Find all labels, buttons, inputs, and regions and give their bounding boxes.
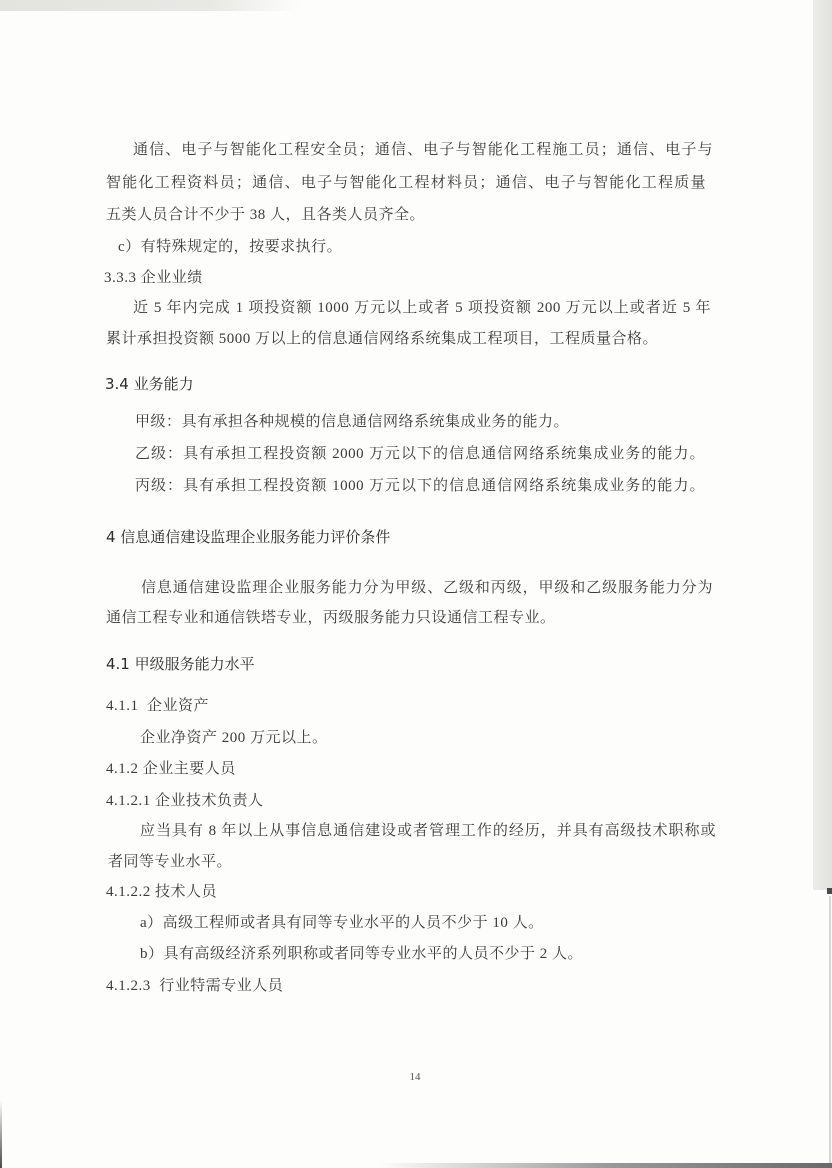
paragraph-line: 应当具有 8 年以上从事信息通信建设或者管理工作的经历，并具有高级技术职称或	[140, 821, 716, 841]
list-item: 丙级：具有承担工程投资额 1000 万元以下的信息通信网络系统集成业务的能力。	[135, 476, 705, 496]
section-heading-4-1-2: 4.1.2 企业主要人员	[106, 759, 236, 779]
list-item-a: a）高级工程师或者具有同等专业水平的人员不少于 10 人。	[140, 913, 544, 933]
chapter-heading-4: 4 信息通信建设监理企业服务能力评价条件	[106, 527, 390, 547]
scan-edge-right	[813, 0, 832, 890]
section-heading-4-1: 4.1 甲级服务能力水平	[106, 654, 255, 674]
paragraph-line: 信息通信建设监理企业服务能力分为甲级、乙级和丙级，甲级和乙级服务能力分为	[141, 578, 713, 598]
section-heading-4-1-2-2: 4.1.2.2 技术人员	[106, 882, 217, 902]
list-item: 乙级：具有承担工程投资额 2000 万元以下的信息通信网络系统集成业务的能力。	[135, 444, 705, 464]
paragraph-line: 近 5 年内完成 1 项投资额 1000 万元以上或者 5 项投资额 200 万…	[133, 298, 711, 318]
list-item-b: b）具有高级经济系列职称或者同等专业水平的人员不少于 2 人。	[140, 944, 583, 964]
page-number: 14	[400, 1069, 430, 1085]
scan-edge-right-lower	[829, 896, 831, 1168]
paragraph-line: 智能化工程资料员；通信、电子与智能化工程材料员；通信、电子与智能化工程质量员。	[106, 173, 706, 193]
list-item: 甲级：具有承担各种规模的信息通信网络系统集成业务的能力。	[135, 412, 569, 432]
section-heading-4-1-2-3: 4.1.2.3 行业特需专业人员	[106, 976, 283, 996]
list-item-c: c）有特殊规定的，按要求执行。	[118, 237, 342, 257]
section-heading-3-3-3: 3.3.3 企业业绩	[104, 268, 203, 288]
scan-edge-top	[0, 0, 300, 11]
section-heading-3-4: 3.4 业务能力	[105, 374, 194, 394]
paragraph-line: 通信工程专业和通信铁塔专业，丙级服务能力只设通信工程专业。	[106, 608, 556, 628]
scan-edge-left	[0, 1100, 2, 1168]
paragraph-line: 者同等专业水平。	[108, 852, 232, 872]
paragraph-line: 五类人员合计不少于 38 人，且各类人员齐全。	[106, 205, 425, 225]
section-heading-4-1-1: 4.1.1 企业资产	[106, 696, 209, 716]
scan-edge-bottom	[380, 1163, 832, 1168]
paragraph-line: 通信、电子与智能化工程安全员；通信、电子与智能化工程施工员；通信、电子与	[133, 140, 713, 160]
paragraph-line: 企业净资产 200 万元以上。	[140, 728, 328, 748]
section-heading-4-1-2-1: 4.1.2.1 企业技术负责人	[106, 791, 264, 811]
scan-edge-mark	[827, 888, 832, 894]
paragraph-line: 累计承担投资额 5000 万以上的信息通信网络系统集成工程项目，工程质量合格。	[106, 329, 658, 349]
